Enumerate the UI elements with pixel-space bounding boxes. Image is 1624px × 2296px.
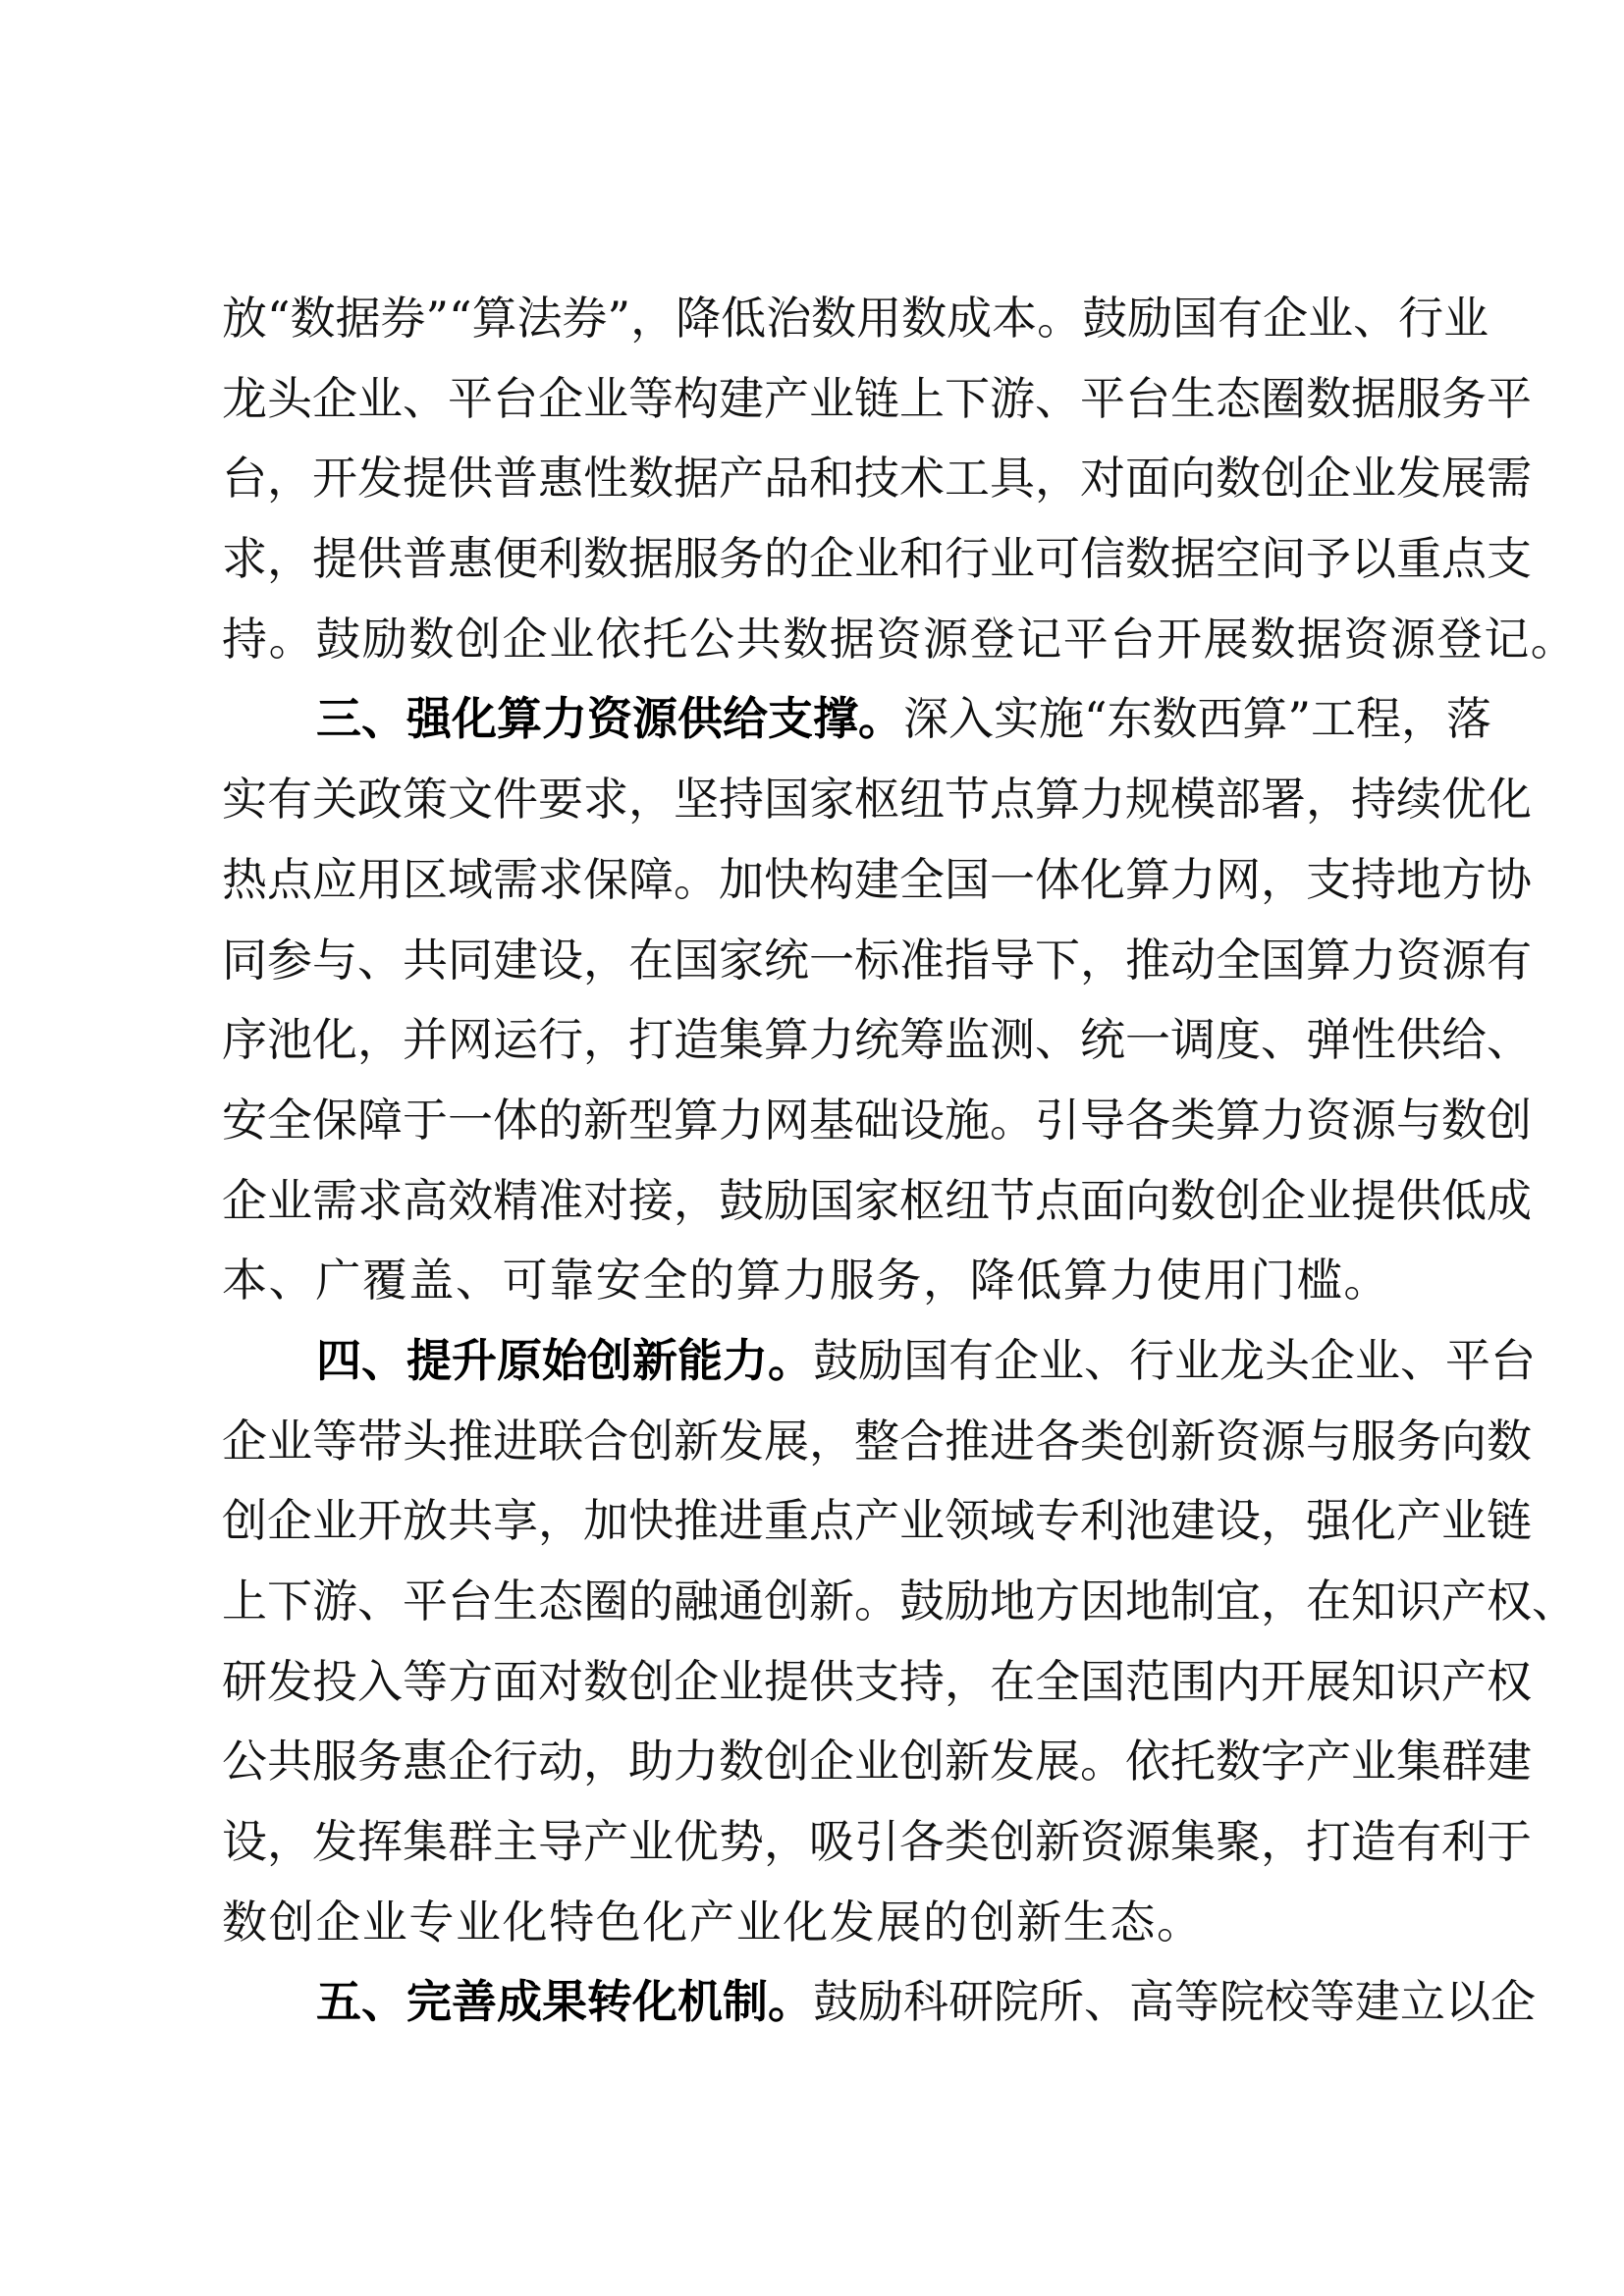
text-line: 本、广覆盖、可靠安全的算力服务，降低算力使用门槛。 xyxy=(222,1241,1402,1321)
text-line: 研发投入等方面对数创企业提供支持，在全国范围内开展知识产权 xyxy=(222,1642,1402,1723)
section-4-paragraph: 四、提升原始创新能力。鼓励国有企业、行业龙头企业、平台 企业等带头推进联合创新发… xyxy=(222,1321,1402,1963)
section-3-paragraph: 三、强化算力资源供给支撑。深入实施“东数西算”工程，落 实有关政策文件要求，坚持… xyxy=(222,679,1402,1321)
text-line: 求，提供普惠便利数据服务的企业和行业可信数据空间予以重点支 xyxy=(222,519,1402,600)
section-5-heading: 五、完善成果转化机制。 xyxy=(316,1975,813,2028)
text-line: 实有关政策文件要求，坚持国家枢纽节点算力规模部署，持续优化 xyxy=(222,760,1402,840)
section-first-line: 三、强化算力资源供给支撑。深入实施“东数西算”工程，落 xyxy=(222,679,1402,760)
section-first-line: 四、提升原始创新能力。鼓励国有企业、行业龙头企业、平台 xyxy=(222,1321,1402,1402)
text-line: 上下游、平台生态圈的融通创新。鼓励地方因地制宜，在知识产权、 xyxy=(222,1562,1402,1642)
text-line: 公共服务惠企行动，助力数创企业创新发展。依托数字产业集群建 xyxy=(222,1722,1402,1802)
text-line: 放“数据券”“算法券”，降低治数用数成本。鼓励国有企业、行业 xyxy=(222,279,1402,359)
paragraph-continuation: 放“数据券”“算法券”，降低治数用数成本。鼓励国有企业、行业 龙头企业、平台企业… xyxy=(222,279,1402,679)
text-line: 企业等带头推进联合创新发展，整合推进各类创新资源与服务向数 xyxy=(222,1402,1402,1482)
text-line: 序池化，并网运行，打造集算力统筹监测、统一调度、弹性供给、 xyxy=(222,1000,1402,1081)
section-4-lead-text: 鼓励国有企业、行业龙头企业、平台 xyxy=(813,1334,1536,1387)
section-3-lead-text: 深入实施“东数西算”工程，落 xyxy=(903,692,1491,745)
section-first-line: 五、完善成果转化机制。鼓励科研院所、高等院校等建立以企 xyxy=(222,1962,1402,2043)
section-5-lead-text: 鼓励科研院所、高等院校等建立以企 xyxy=(813,1975,1536,2028)
text-line: 同参与、共同建设，在国家统一标准指导下，推动全国算力资源有 xyxy=(222,921,1402,1001)
text-line: 创企业开放共享，加快推进重点产业领域专利池建设，强化产业链 xyxy=(222,1481,1402,1562)
section-3-heading: 三、强化算力资源供给支撑。 xyxy=(316,692,903,745)
text-line: 企业需求高效精准对接，鼓励国家枢纽节点面向数创企业提供低成 xyxy=(222,1161,1402,1242)
text-line: 安全保障于一体的新型算力网基础设施。引导各类算力资源与数创 xyxy=(222,1081,1402,1161)
text-line: 热点应用区域需求保障。加快构建全国一体化算力网，支持地方协 xyxy=(222,840,1402,921)
text-line: 数创企业专业化特色化产业化发展的创新生态。 xyxy=(222,1883,1402,1963)
section-4-heading: 四、提升原始创新能力。 xyxy=(316,1334,813,1387)
text-line: 台，开发提供普惠性数据产品和技术工具，对面向数创企业发展需 xyxy=(222,439,1402,519)
text-line: 龙头企业、平台企业等构建产业链上下游、平台生态圈数据服务平 xyxy=(222,359,1402,440)
text-line: 持。鼓励数创企业依托公共数据资源登记平台开展数据资源登记。 xyxy=(222,600,1402,680)
text-line: 设，发挥集群主导产业优势，吸引各类创新资源集聚，打造有利于 xyxy=(222,1802,1402,1883)
document-page: 放“数据券”“算法券”，降低治数用数成本。鼓励国有企业、行业 龙头企业、平台企业… xyxy=(222,279,1402,2043)
section-5-paragraph: 五、完善成果转化机制。鼓励科研院所、高等院校等建立以企 xyxy=(222,1962,1402,2043)
